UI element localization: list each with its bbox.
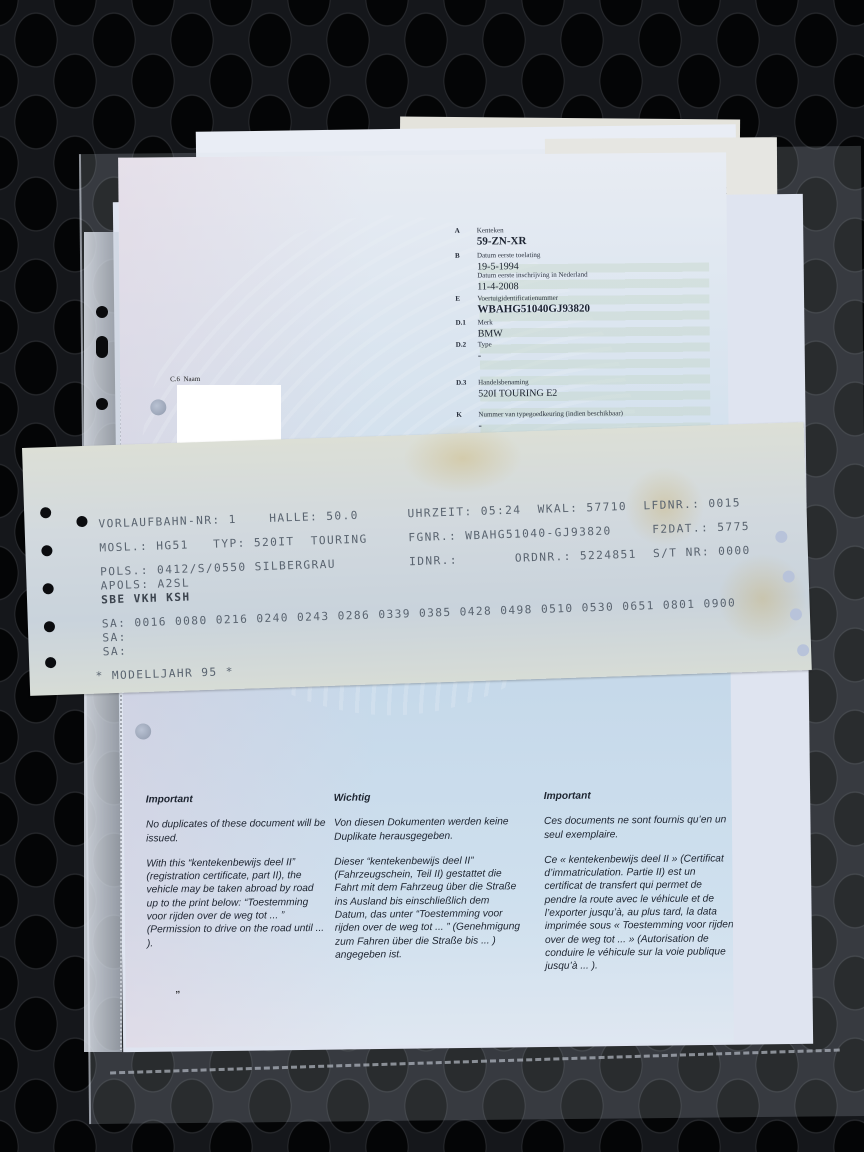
field-vin: E Voertuigidentificatienummer WBAHG51040… [477, 294, 590, 317]
notice-german: Wichtig Von diesen Dokumenten werden kei… [334, 790, 522, 974]
tractor-hole [45, 657, 56, 668]
punch-hole [135, 723, 151, 739]
strip-line-sa-3: SA: [103, 645, 128, 659]
tractor-hole [76, 516, 87, 527]
field-first-registration-nl: Datum eerste inschrijving in Nederland 1… [477, 271, 588, 294]
binder-hole [96, 306, 108, 318]
field-make: D.1 Merk BMW [478, 318, 503, 340]
tractor-hole [41, 545, 52, 556]
owner-label: C.6 Naam [170, 375, 200, 383]
field-trade-name: D.3 Handelsbenaming 520I TOURING E2 [478, 378, 557, 401]
torn-hole [775, 531, 787, 543]
notice-french: Important Ces documents ne sont fournis … [544, 788, 734, 985]
strip-line-model-year: * MODELLJAHR 95 * [95, 665, 234, 683]
tractor-hole [40, 507, 51, 518]
torn-hole [797, 644, 809, 656]
tractor-hole [43, 583, 54, 594]
stray-mark: ’’ [175, 989, 180, 999]
field-kenteken: A Kenteken 59-ZN-XR [477, 226, 527, 248]
binder-hole [96, 398, 108, 410]
strip-line-5: SBE VKH KSH [101, 590, 191, 606]
notice-english: Important No duplicates of these documen… [146, 792, 327, 963]
strip-line-sa-2: SA: [102, 631, 127, 645]
binder-hole [96, 336, 108, 358]
field-type: D.2 Type - [478, 340, 492, 362]
strip-line-sa-1: SA: 0016 0080 0216 0240 0243 0286 0339 0… [102, 596, 737, 630]
tractor-hole [44, 621, 55, 632]
punch-hole [150, 399, 166, 415]
factory-data-strip: VORLAUFBAHN-NR: 1 HALLE: 50.0 UHRZEIT: 0… [22, 422, 812, 696]
